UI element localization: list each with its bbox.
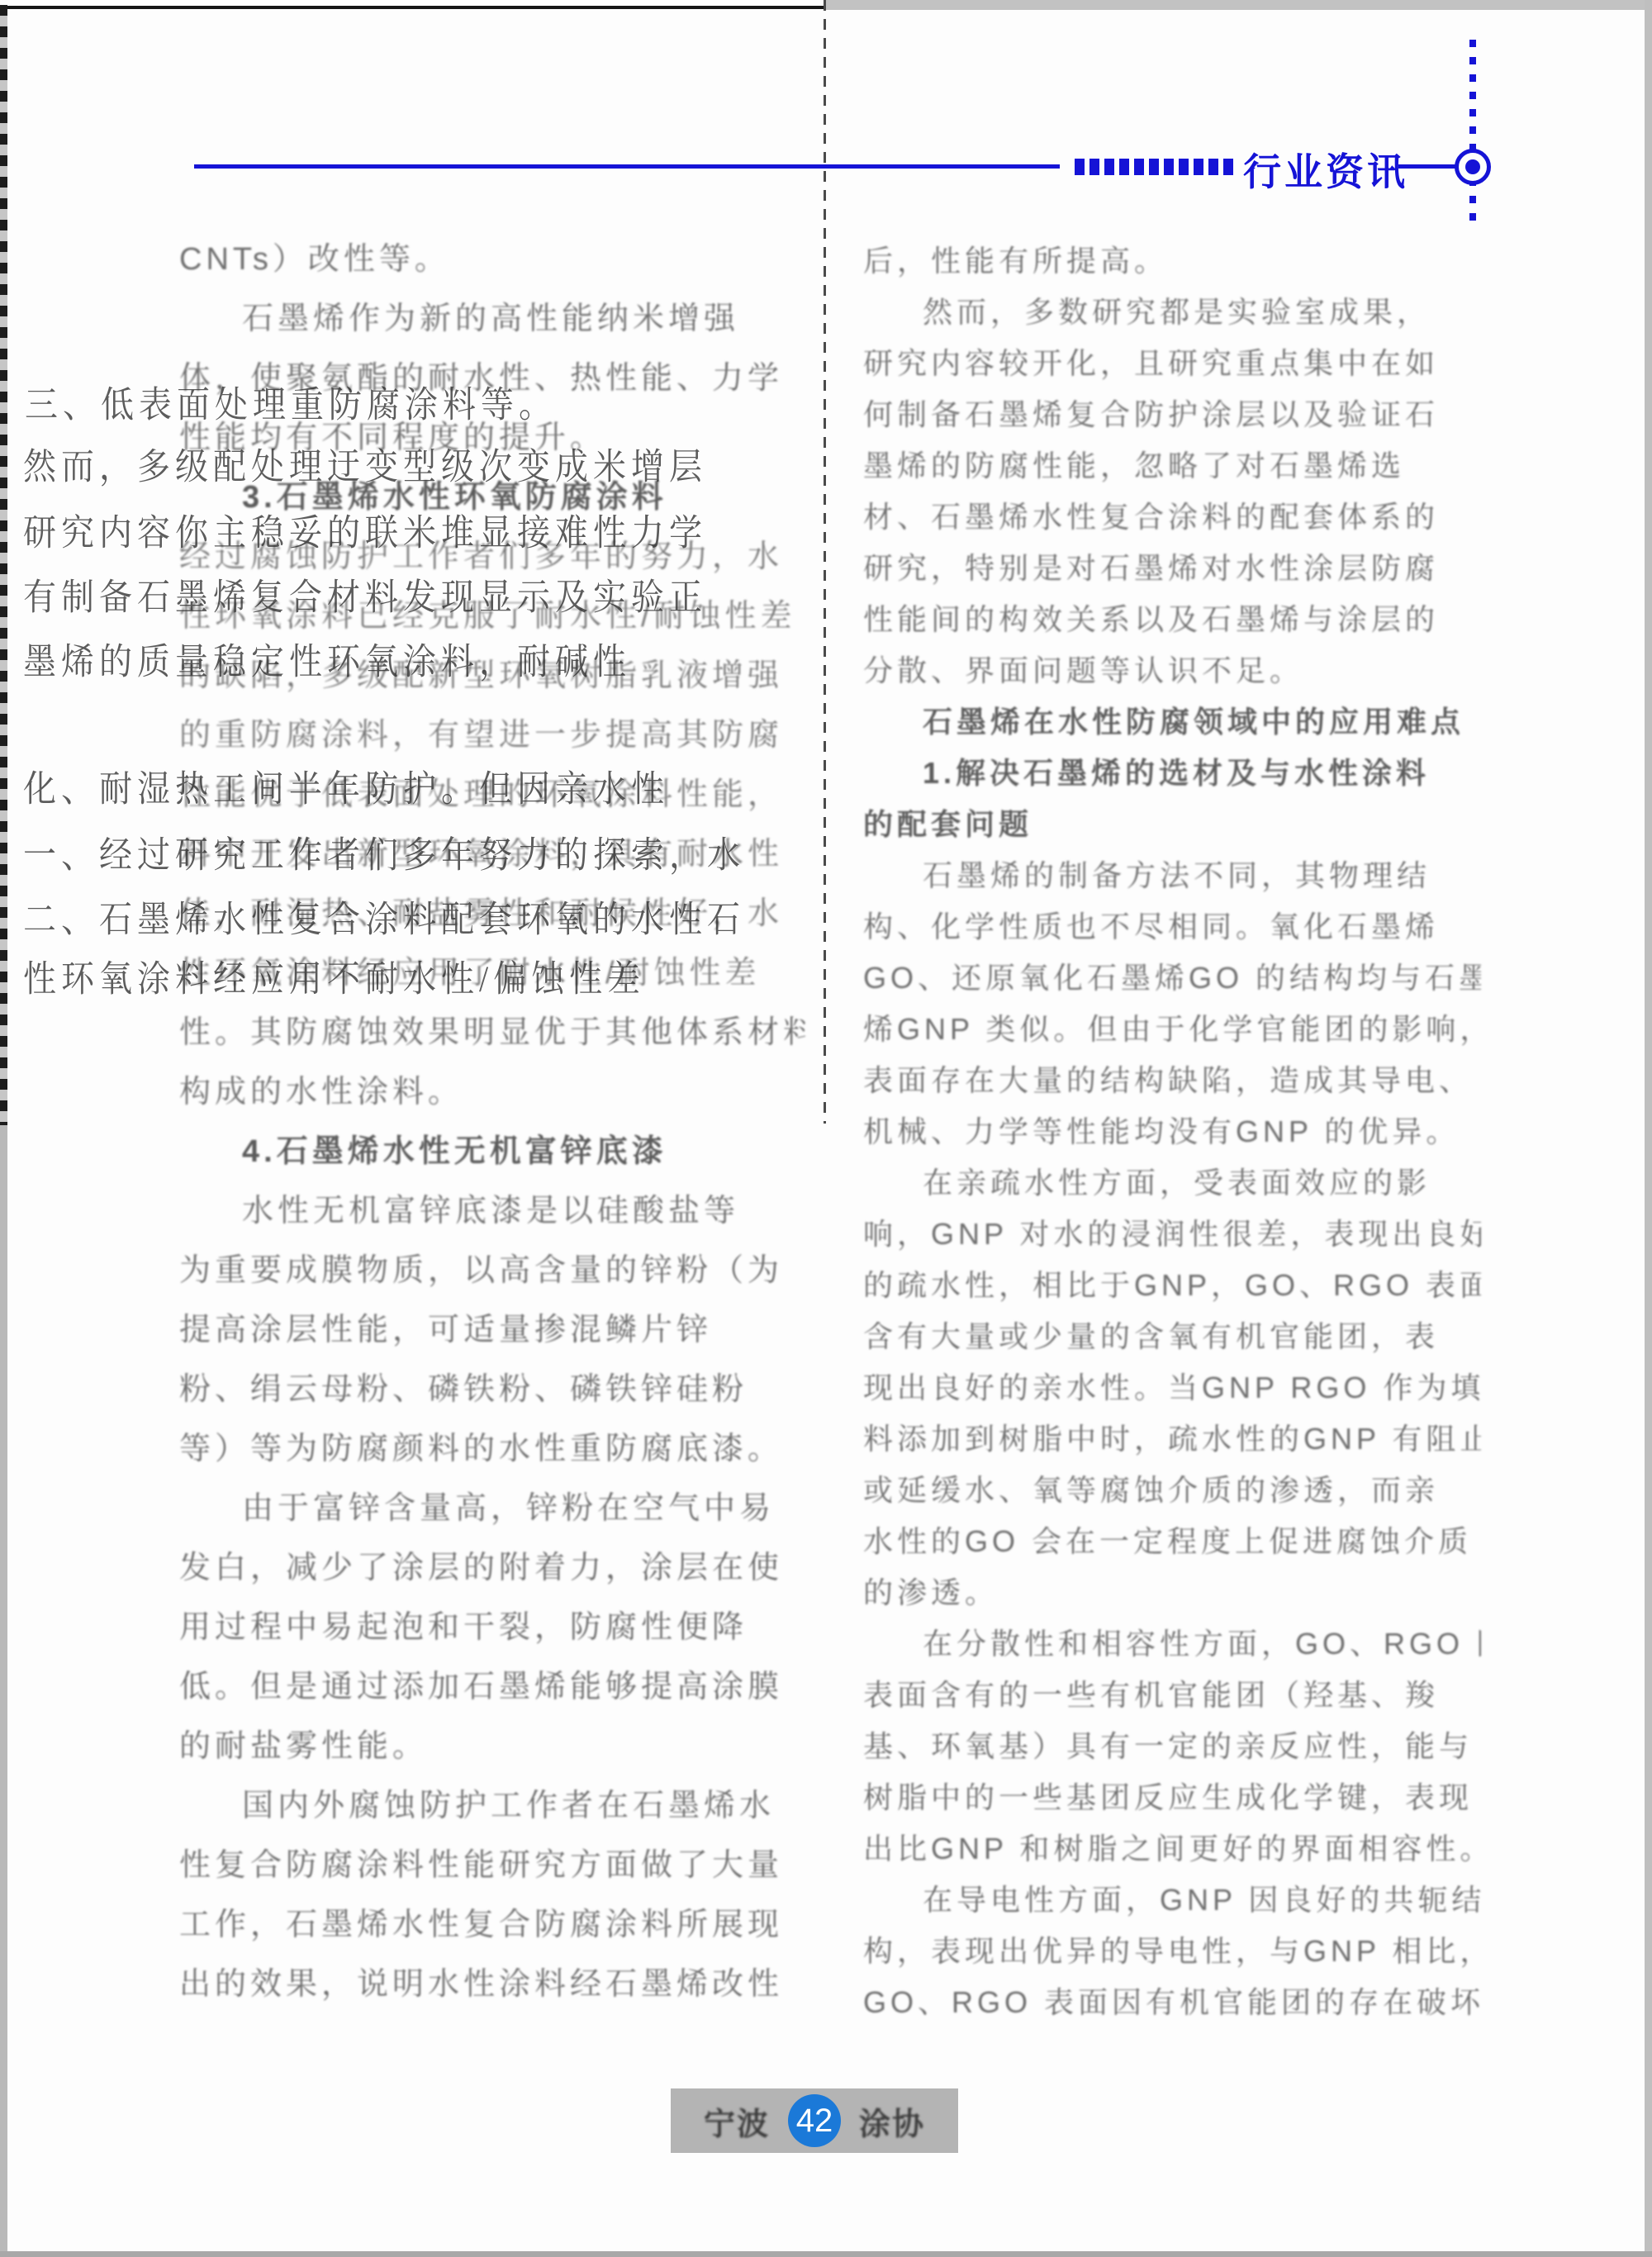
text-line: 构、化学性质也不尽相同。氧化石墨烯 bbox=[863, 907, 1481, 958]
text-line: 的疏水性，相比于GNP，GO、RGO 表面因 bbox=[863, 1266, 1481, 1317]
page-number-badge: 42 bbox=[788, 2094, 841, 2147]
text-line: 表面存在大量的结构缺陷，造成其导电、 bbox=[863, 1061, 1481, 1112]
text-line: 构成的水性涂料。 bbox=[179, 1071, 805, 1130]
footer-left-label: 宁波 bbox=[704, 2098, 770, 2144]
header-dash-blocks bbox=[1075, 159, 1237, 175]
text-line: 佳，耐湿热、耐盐雾性和耐候性好，水 bbox=[179, 892, 805, 952]
text-line: 水性无机富锌底漆是以硅酸盐等 bbox=[179, 1190, 805, 1249]
bottom-grey-edge bbox=[0, 2251, 1652, 2257]
text-line: 在亲疏水性方面，受表面效应的影 bbox=[863, 1163, 1481, 1214]
text-line: 出比GNP 和树脂之间更好的界面相容性。 bbox=[863, 1829, 1481, 1880]
left-grey-edge bbox=[0, 1125, 7, 2257]
text-line: 树脂中的一些基团反应生成化学键，表现 bbox=[863, 1778, 1481, 1829]
text-line: 提高涂层性能，可适量掺混鳞片锌 bbox=[179, 1309, 805, 1368]
text-line: 性复合防腐涂料性能研究方面做了大量 bbox=[179, 1844, 805, 1903]
text-line: GO、RGO 表面因有机官能团的存在破坏了 bbox=[863, 1983, 1481, 2034]
text-line: CNTs）改性等。 bbox=[179, 238, 805, 297]
text-line: 基、环氧基）具有一定的亲反应性，能与 bbox=[863, 1727, 1481, 1778]
target-circle-icon bbox=[1455, 149, 1491, 185]
text-line: 机械、力学等性能均没有GNP 的优异。 bbox=[863, 1112, 1481, 1163]
text-line: 的耐盐雾性能。 bbox=[179, 1725, 805, 1784]
text-line: 然而，多数研究都是实验室成果， bbox=[863, 292, 1481, 344]
text-line: 响，GNP 对水的浸润性很差，表现出良好 bbox=[863, 1214, 1481, 1266]
text-line: 水性的GO 会在一定程度上促进腐蚀介质 bbox=[863, 1522, 1481, 1573]
text-line: 或延缓水、氧等腐蚀介质的渗透，而亲 bbox=[863, 1471, 1481, 1522]
column-divider-dashed-line bbox=[824, 0, 826, 1124]
text-line: 经过腐蚀防护工作者们多年的努力，水 bbox=[179, 535, 805, 595]
text-line: 出的效果，说明水性涂料经石墨烯改性 bbox=[179, 1963, 805, 2022]
text-line: 研究，特别是对石墨烯对水性涂层防腐 bbox=[863, 549, 1481, 600]
text-line: 在分散性和相容性方面，GO、RGO 因 bbox=[863, 1624, 1481, 1675]
top-border-line bbox=[7, 6, 824, 9]
text-line: 的缺陷，多级配新型环氧树脂乳液增强 bbox=[179, 654, 805, 714]
left-text-column: CNTs）改性等。石墨烯作为新的高性能纳米增强体，使聚氨酯的耐水性、热性能、力学… bbox=[179, 238, 805, 2022]
text-line: 料添加到树脂中时，疏水性的GNP 有阻止 bbox=[863, 1419, 1481, 1471]
text-line: 性环氧涂料经应用了耐水性/耐蚀性差 bbox=[179, 952, 805, 1011]
text-line: GO、还原氧化石墨烯GO 的结构均与石墨 bbox=[863, 958, 1481, 1010]
text-line: 含有大量或少量的含氧有机官能团，表 bbox=[863, 1317, 1481, 1368]
text-line: 性能间的构效关系以及石墨烯与涂层的 bbox=[863, 600, 1481, 651]
text-line: 分散、界面问题等认识不足。 bbox=[863, 651, 1481, 702]
text-line: 的渗透。 bbox=[863, 1573, 1481, 1624]
header-vertical-dotted-line bbox=[1469, 40, 1476, 223]
text-line: 等）等为防腐颜料的水性重防腐底漆。 bbox=[179, 1428, 805, 1487]
text-line: 3.石墨烯水性环氧防腐涂料 bbox=[179, 476, 805, 535]
text-line: 构，表现出优异的导电性，与GNP 相比， bbox=[863, 1932, 1481, 1983]
text-line: 材、石墨烯水性复合涂料的配套体系的 bbox=[863, 497, 1481, 549]
text-line: 表面含有的一些有机官能团（羟基、羧 bbox=[863, 1675, 1481, 1727]
text-line: 用过程中易起泡和干裂，防腐性便降 bbox=[179, 1606, 805, 1665]
text-line: 为重要成膜物质，以高含量的锌粉（为 bbox=[179, 1249, 805, 1309]
text-line: 4.石墨烯水性无机富锌底漆 bbox=[179, 1130, 805, 1190]
text-line: 墨烯的防腐性能，忽略了对石墨烯选 bbox=[863, 446, 1481, 497]
text-line: 烯GNP 类似。但由于化学官能团的影响，其 bbox=[863, 1010, 1481, 1061]
left-dashed-border bbox=[0, 5, 7, 1125]
text-line: 工作，石墨烯水性复合防腐涂料所展现 bbox=[179, 1903, 805, 1963]
right-text-column: 后，性能有所提高。然而，多数研究都是实验室成果，研究内容较开化，且研究重点集中在… bbox=[863, 241, 1481, 2034]
footer-bar: 宁波 42 涂协 bbox=[671, 2088, 958, 2153]
text-line: 性。其防腐蚀效果明显优于其他体系材料 bbox=[179, 1011, 805, 1071]
right-grey-edge bbox=[1645, 0, 1652, 2257]
text-line: 低。但是通过添加石墨烯能够提高涂膜 bbox=[179, 1665, 805, 1725]
text-line: 发白，减少了涂层的附着力，涂层在使 bbox=[179, 1547, 805, 1606]
top-grey-edge bbox=[824, 0, 1652, 10]
text-line: 后，性能有所提高。 bbox=[863, 241, 1481, 292]
header-rule-line-short bbox=[1398, 164, 1456, 169]
text-line: 料中开发出新型环氧涂料，具有耐水性 bbox=[179, 833, 805, 892]
text-line: 体，使聚氨酯的耐水性、热性能、力学 bbox=[179, 357, 805, 416]
text-line: 石墨烯的制备方法不同，其物理结 bbox=[863, 856, 1481, 907]
text-line: 性能优于低表面处理的环氧涂料性能， bbox=[179, 773, 805, 833]
text-line: 研究内容较开化，且研究重点集中在如 bbox=[863, 344, 1481, 395]
footer-right-label: 涂协 bbox=[859, 2098, 925, 2144]
text-line: 性能均有不同程度的提升。 bbox=[179, 416, 805, 476]
text-line: 的重防腐涂料，有望进一步提高其防腐 bbox=[179, 714, 805, 773]
scanned-journal-page: 行业资讯 CNTs）改性等。石墨烯作为新的高性能纳米增强体，使聚氨酯的耐水性、热… bbox=[0, 0, 1652, 2257]
text-line: 石墨烯在水性防腐领域中的应用难点 bbox=[863, 702, 1481, 753]
text-line: 1.解决石墨烯的选材及与水性涂料 bbox=[863, 753, 1481, 805]
text-line: 粉、绢云母粉、磷铁粉、磷铁锌硅粉 bbox=[179, 1368, 805, 1428]
text-line: 由于富锌含量高，锌粉在空气中易 bbox=[179, 1487, 805, 1547]
text-line: 石墨烯作为新的高性能纳米增强 bbox=[179, 297, 805, 357]
text-line: 国内外腐蚀防护工作者在石墨烯水 bbox=[179, 1784, 805, 1844]
section-title: 行业资讯 bbox=[1243, 142, 1408, 197]
text-line: 现出良好的亲水性。当GNP RGO 作为填 bbox=[863, 1368, 1481, 1419]
text-line: 性环氧涂料已经克服了耐水性/耐蚀性差 bbox=[179, 595, 805, 654]
text-line: 在导电性方面，GNP 因良好的共轭结 bbox=[863, 1880, 1481, 1932]
text-line: 何制备石墨烯复合防护涂层以及验证石 bbox=[863, 395, 1481, 446]
text-line: 的配套问题 bbox=[863, 805, 1481, 856]
header-rule-line bbox=[194, 164, 1060, 169]
